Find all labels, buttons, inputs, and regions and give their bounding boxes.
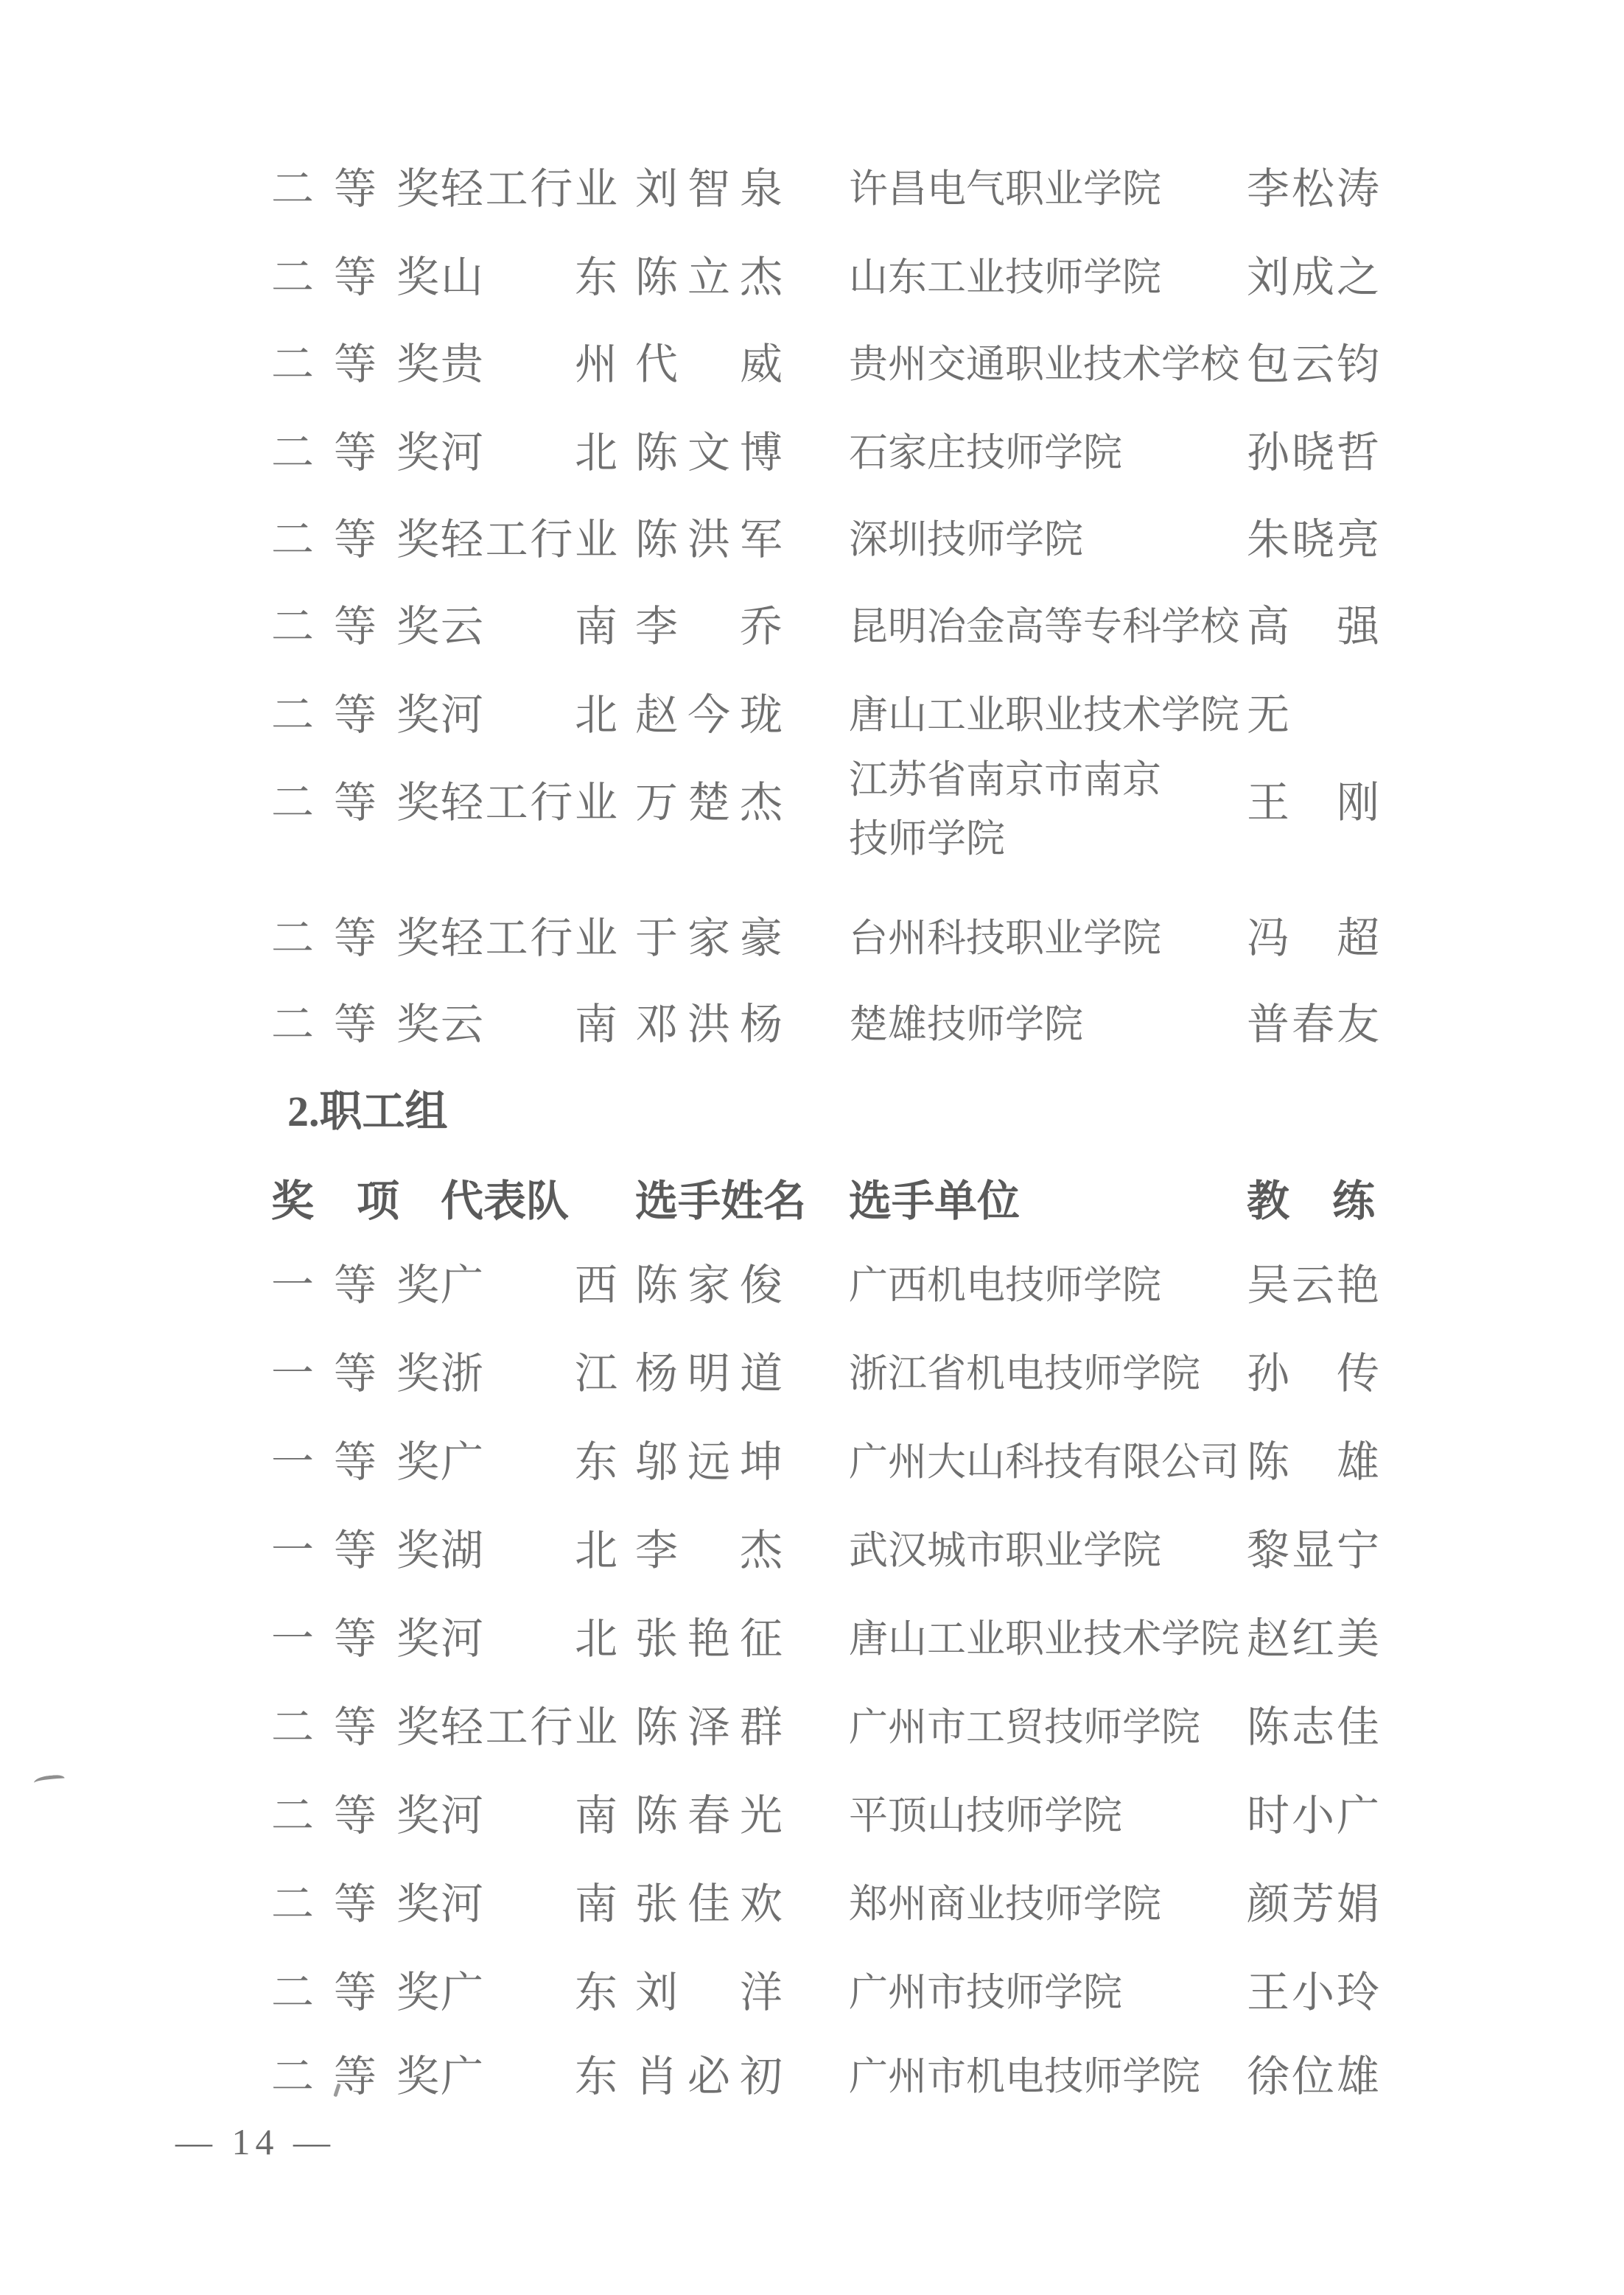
table-row: 二等奖 河南 陈春光 平顶山技师学院 时小广 [0,1772,1624,1860]
coach-cell: 朱晓亮 [1247,496,1379,584]
award-cell: 二等奖 [271,583,439,671]
table-row: 二等奖 山东 陈立杰 山东工业技师学院 刘成之 [0,234,1624,322]
coach-cell: 王小玲 [1247,1949,1379,2037]
table-row: 二等奖 云南 李乔 昆明冶金高等专科学校 高强 [0,583,1624,671]
competitor-unit-cell: 楚雄技师学院 [849,981,1243,1069]
coach-cell: 时小广 [1247,1772,1379,1860]
competitor-unit-cell: 广州市机电技师学院 [849,2033,1243,2121]
competitor-unit-cell: 唐山工业职业技术学院 [849,1595,1243,1683]
page-number: — 14 — [175,2116,335,2168]
award-cell: 二等奖 [271,234,439,322]
header-coach: 教 练 [1247,1157,1379,1246]
table-row: 一等奖 湖北 李杰 武汉城市职业学院 黎显宁 [0,1507,1624,1595]
competitor-name-cell: 邬远坤 [635,1418,783,1507]
table-row: 二等奖 云南 邓洪杨 楚雄技师学院 普春友 [0,981,1624,1069]
coach-cell: 赵红美 [1247,1595,1379,1683]
table-header-row: 奖 项 代表队 选手姓名 选手单位 教 练 [0,1157,1624,1246]
coach-cell: 冯超 [1247,894,1379,983]
document-page: 二等奖 轻工行业 刘智泉 许昌电气职业学院 李松涛 二等奖 山东 陈立杰 山东工… [0,0,1624,2295]
table-row: 二等奖 广东 肖必初 广州市机电技师学院 徐位雄 [0,2033,1624,2121]
coach-cell: 颜芳娟 [1247,1860,1379,1949]
header-unit: 选手单位 [849,1157,1243,1246]
competitor-unit-cell: 贵州交通职业技术学校 [849,320,1243,409]
coach-cell: 孙晓哲 [1247,409,1379,497]
coach-cell: 李松涛 [1247,145,1379,234]
competitor-name-cell: 邓洪杨 [635,981,783,1069]
coach-cell: 陈雄 [1247,1418,1379,1507]
team-cell: 轻工行业 [441,145,617,234]
table-row: 二等奖 轻工行业 刘智泉 许昌电气职业学院 李松涛 [0,145,1624,234]
table-row: 一等奖 广西 陈家俊 广西机电技师学院 吴云艳 [0,1241,1624,1330]
award-cell: 二等奖 [271,409,439,497]
coach-cell: 陈志佳 [1247,1683,1379,1772]
award-cell: 二等奖 [271,496,439,584]
award-cell: 二等奖 [271,145,439,234]
award-cell: 一等奖 [271,1595,439,1683]
coach-cell: 吴云艳 [1247,1241,1379,1330]
competitor-name-cell: 陈洪军 [635,496,783,584]
award-cell: 二等奖 [271,740,439,866]
coach-cell: 高强 [1247,583,1379,671]
award-cell: 一等奖 [271,1418,439,1507]
team-cell: 广东 [441,1949,617,2037]
competitor-unit-cell: 许昌电气职业学院 [849,145,1243,234]
competitor-name-cell: 陈立杰 [635,234,783,322]
competitor-unit-cell: 广州大山科技有限公司 [849,1418,1243,1507]
competitor-unit-cell: 广州市技师学院 [849,1949,1243,2037]
section-heading-worker-group: 2.职工组 [287,1068,448,1156]
team-cell: 广东 [441,1418,617,1507]
award-cell: 二等奖 [271,894,439,983]
competitor-name-cell: 陈家俊 [635,1241,783,1330]
award-cell: 一等奖 [271,1241,439,1330]
team-cell: 云南 [441,583,617,671]
competitor-unit-cell: 浙江省机电技师学院 [849,1330,1243,1418]
competitor-name-cell: 于家豪 [635,894,783,983]
team-cell: 河北 [441,1595,617,1683]
team-cell: 轻工行业 [441,894,617,983]
competitor-name-cell: 刘洋 [635,1949,783,2037]
team-cell: 贵州 [441,320,617,409]
competitor-unit-cell: 平顶山技师学院 [849,1772,1243,1860]
award-cell: 二等奖 [271,1949,439,2037]
table-row: 二等奖 广东 刘洋 广州市技师学院 王小玲 [0,1949,1624,2037]
competitor-unit-cell: 台州科技职业学院 [849,894,1243,983]
team-cell: 河北 [441,409,617,497]
coach-cell: 孙传 [1247,1330,1379,1418]
team-cell: 轻工行业 [441,740,617,866]
competitor-name-cell: 李杰 [635,1507,783,1595]
coach-cell: 包云钧 [1247,320,1379,409]
competitor-name-cell: 肖必初 [635,2033,783,2121]
table-row: 二等奖 轻工行业 于家豪 台州科技职业学院 冯超 [0,894,1624,983]
header-name: 选手姓名 [635,1157,783,1246]
team-cell: 河南 [441,1860,617,1949]
team-cell: 轻工行业 [441,496,617,584]
award-cell: 二等奖 [271,1772,439,1860]
team-cell: 轻工行业 [441,1683,617,1772]
award-cell: 一等奖 [271,1507,439,1595]
competitor-unit-cell: 石家庄技师学院 [849,409,1243,497]
table-row: 二等奖 轻工行业 万楚杰 江苏省南京市南京 技师学院 王刚 [0,740,1624,866]
competitor-name-cell: 李乔 [635,583,783,671]
competitor-unit-cell: 山东工业技师学院 [849,234,1243,322]
team-cell: 河南 [441,1772,617,1860]
coach-cell: 普春友 [1247,981,1379,1069]
team-cell: 广东 [441,2033,617,2121]
competitor-name-cell: 张艳征 [635,1595,783,1683]
award-cell: 二等奖 [271,2033,439,2121]
award-cell: 二等奖 [271,1683,439,1772]
team-cell: 浙江 [441,1330,617,1418]
table-row: 一等奖 浙江 杨明道 浙江省机电技师学院 孙传 [0,1330,1624,1418]
team-cell: 广西 [441,1241,617,1330]
table-row: 二等奖 轻工行业 陈洪军 深圳技师学院 朱晓亮 [0,496,1624,584]
table-row: 二等奖 河南 张佳欢 郑州商业技师学院 颜芳娟 [0,1860,1624,1949]
competitor-unit-cell: 武汉城市职业学院 [849,1507,1243,1595]
competitor-name-cell: 杨明道 [635,1330,783,1418]
coach-cell: 徐位雄 [1247,2033,1379,2121]
coach-cell: 黎显宁 [1247,1507,1379,1595]
coach-cell: 王刚 [1247,740,1379,866]
competitor-unit-cell: 广州市工贸技师学院 [849,1683,1243,1772]
competitor-name-cell: 代威 [635,320,783,409]
competitor-name-cell: 陈春光 [635,1772,783,1860]
competitor-unit-cell: 广西机电技师学院 [849,1241,1243,1330]
team-cell: 云南 [441,981,617,1069]
award-cell: 二等奖 [271,320,439,409]
competitor-unit-cell: 江苏省南京市南京 技师学院 [849,740,1243,876]
competitor-name-cell: 刘智泉 [635,145,783,234]
table-row: 二等奖 贵州 代威 贵州交通职业技术学校 包云钧 [0,320,1624,409]
award-cell: 二等奖 [271,981,439,1069]
competitor-unit-cell: 深圳技师学院 [849,496,1243,584]
header-team: 代表队 [441,1157,617,1246]
competitor-name-cell: 万楚杰 [635,740,783,866]
table-row: 一等奖 河北 张艳征 唐山工业职业技术学院 赵红美 [0,1595,1624,1683]
header-award: 奖 项 [271,1157,439,1246]
competitor-name-cell: 陈泽群 [635,1683,783,1772]
team-cell: 山东 [441,234,617,322]
competitor-unit-cell: 郑州商业技师学院 [849,1860,1243,1949]
award-cell: 一等奖 [271,1330,439,1418]
table-row: 一等奖 广东 邬远坤 广州大山科技有限公司 陈雄 [0,1418,1624,1507]
team-cell: 湖北 [441,1507,617,1595]
competitor-name-cell: 张佳欢 [635,1860,783,1949]
table-row: 二等奖 轻工行业 陈泽群 广州市工贸技师学院 陈志佳 [0,1683,1624,1772]
table-row: 二等奖 河北 陈文博 石家庄技师学院 孙晓哲 [0,409,1624,497]
coach-cell: 刘成之 [1247,234,1379,322]
competitor-name-cell: 陈文博 [635,409,783,497]
award-cell: 二等奖 [271,1860,439,1949]
competitor-unit-cell: 昆明冶金高等专科学校 [849,583,1243,671]
